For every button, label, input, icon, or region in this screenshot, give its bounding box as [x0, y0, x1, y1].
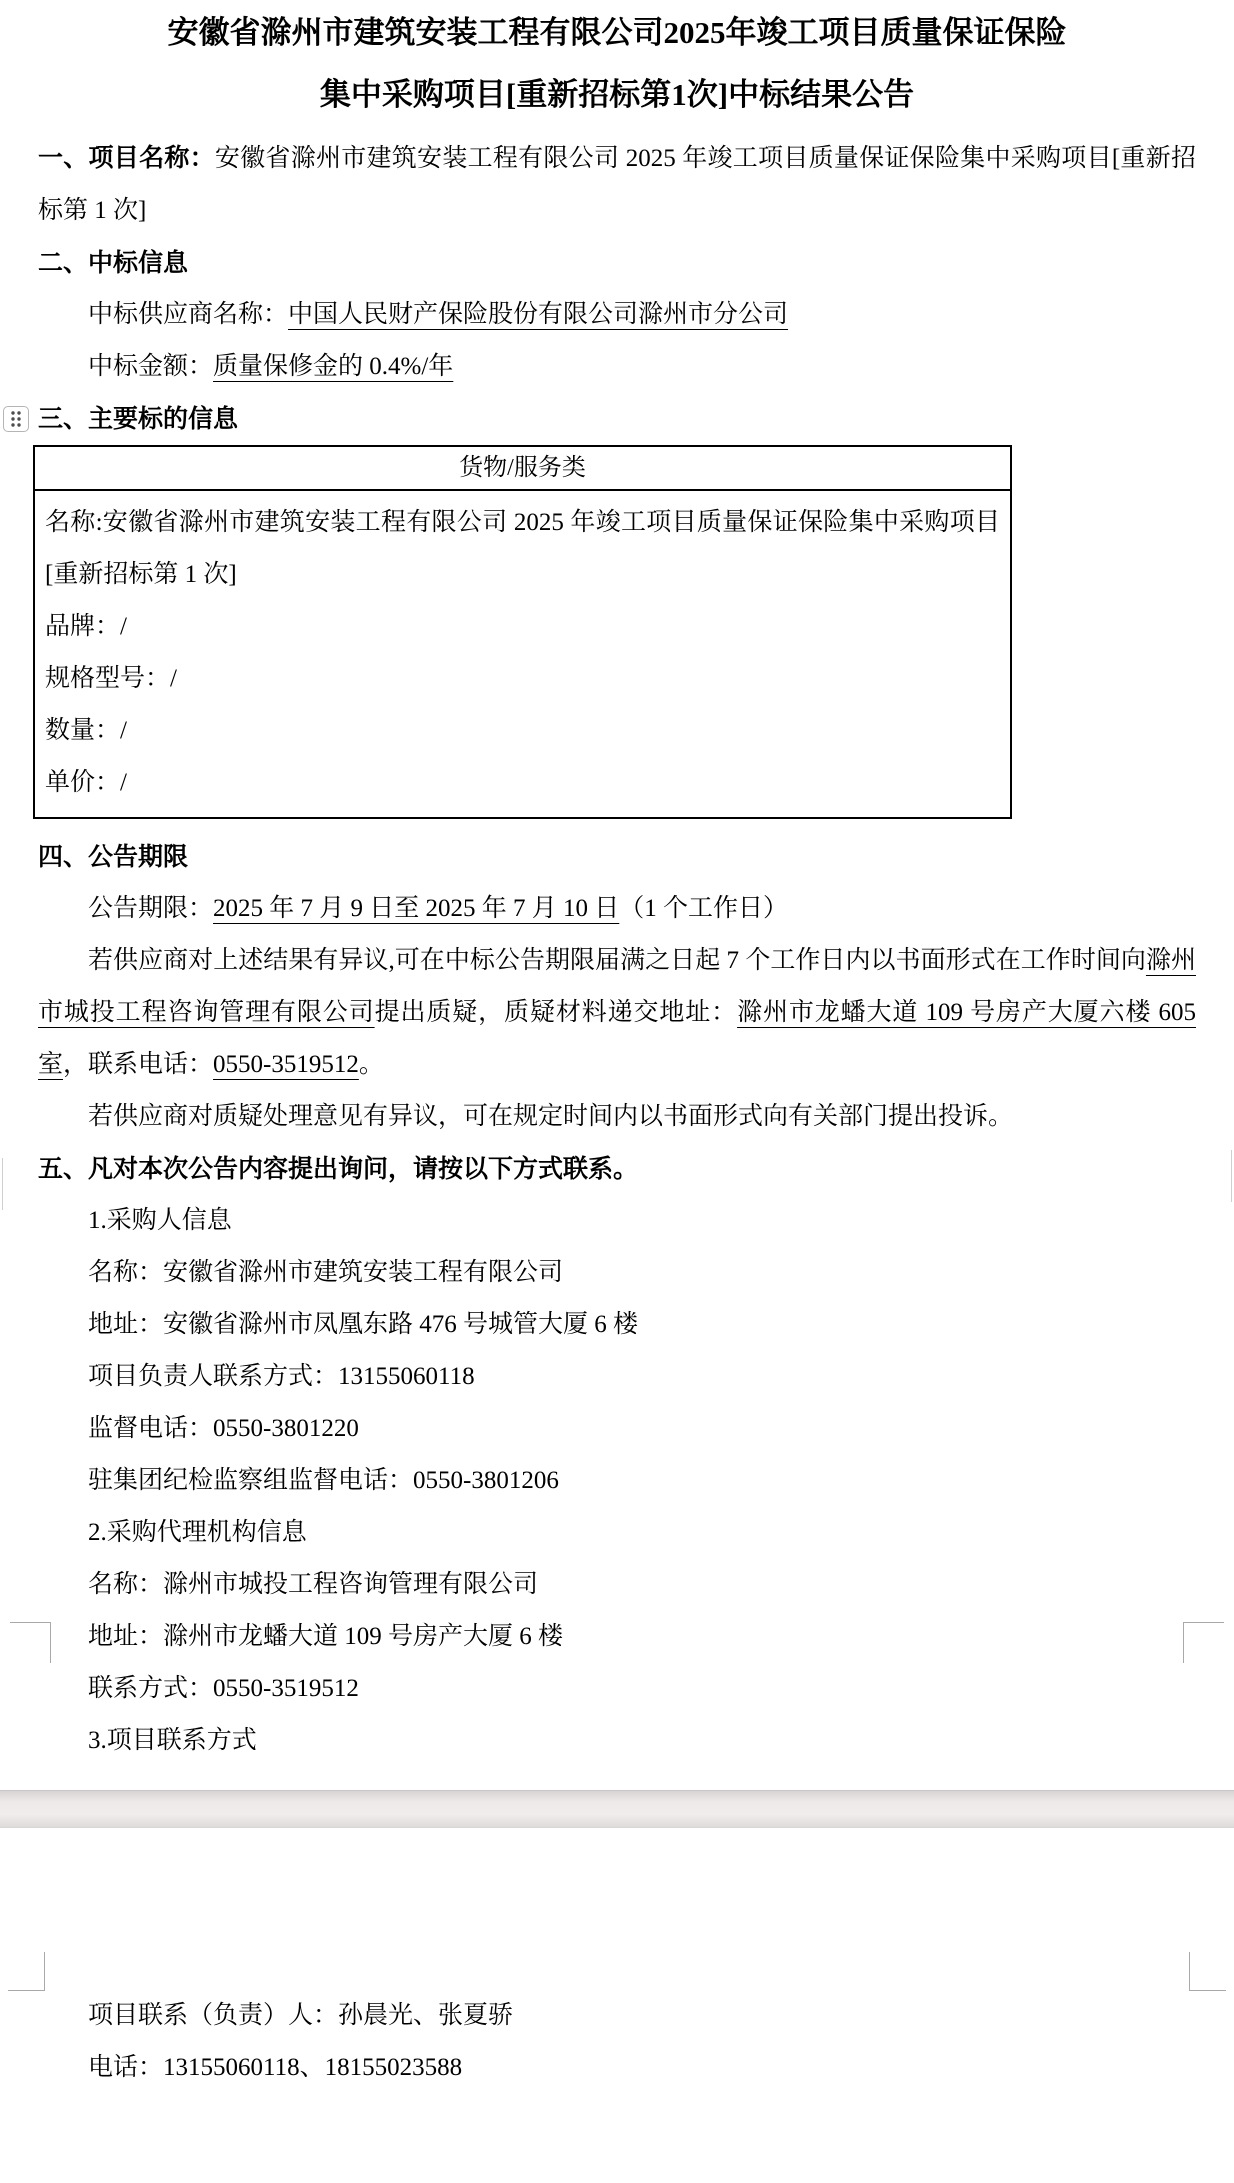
purchaser-manager-phone-line: 项目负责人联系方式：13155060118	[38, 1351, 1196, 1403]
winning-amount-line: 中标金额：质量保修金的 0.4%/年	[38, 341, 1196, 393]
objection-pre: 若供应商对上述结果有异议,可在中标公告期限届满之日起 7 个工作日内以书面形式在…	[88, 947, 1146, 974]
left-edge-margin-tick	[2, 1158, 3, 1210]
objection-end: 。	[359, 1051, 384, 1078]
page-title-line1: 安徽省滁州市建筑安装工程有限公司2025年竣工项目质量保证保险	[168, 15, 1067, 50]
section4-heading: 四、公告期限	[38, 831, 1196, 883]
objection-phone: 0550-3519512	[213, 1051, 359, 1078]
page1-bottom-right-margin-mark	[1183, 1622, 1224, 1663]
page2-top-right-margin-mark	[1189, 1952, 1226, 1991]
section2-heading: 二、中标信息	[38, 237, 1196, 289]
document-viewer: 安徽省滁州市建筑安装工程有限公司2025年竣工项目质量保证保险集中采购项目[重新…	[0, 0, 1234, 2183]
purchaser-discipline-phone-line: 驻集团纪检监察组监督电话：0550-3801206	[38, 1455, 1196, 1507]
winning-amount-value: 质量保修金的 0.4%/年	[213, 353, 453, 380]
drag-handle-dots	[8, 410, 24, 428]
winning-supplier-label: 中标供应商名称：	[88, 301, 288, 328]
document-page-2: 项目联系（负责）人：孙晨光、张夏骄 电话：13155060118、1815502…	[38, 1990, 1196, 2094]
purchaser-name-line: 名称：安徽省滁州市建筑安装工程有限公司	[38, 1247, 1196, 1299]
objection-mid1: 提出质疑，质疑材料递交地址：	[375, 999, 737, 1026]
page1-bottom-left-margin-mark	[10, 1622, 51, 1663]
objection-paragraph: 若供应商对上述结果有异议,可在中标公告期限届满之日起 7 个工作日内以书面形式在…	[38, 935, 1196, 1091]
purchaser-address-line: 地址：安徽省滁州市凤凰东路 476 号城管大厦 6 楼	[38, 1299, 1196, 1351]
table-row-name: 名称:安徽省滁州市建筑安装工程有限公司 2025 年竣工项目质量保证保险集中采购…	[45, 497, 1000, 601]
document-page-1: 安徽省滁州市建筑安装工程有限公司2025年竣工项目质量保证保险集中采购项目[重新…	[0, 0, 1234, 1767]
announcement-period-line: 公告期限：2025 年 7 月 9 日至 2025 年 7 月 10 日（1 个…	[38, 883, 1196, 935]
agent-phone-line: 联系方式：0550-3519512	[38, 1663, 1196, 1715]
winning-supplier-name: 中国人民财产保险股份有限公司滁州市分公司	[288, 301, 788, 328]
subject-info-table: 货物/服务类 名称:安徽省滁州市建筑安装工程有限公司 2025 年竣工项目质量保…	[33, 445, 1012, 819]
section3-heading: 三、主要标的信息	[38, 405, 238, 433]
table-header-cell: 货物/服务类	[34, 446, 1011, 490]
announcement-period-label: 公告期限：	[88, 895, 213, 922]
agent-info-heading: 2.采购代理机构信息	[38, 1507, 1196, 1559]
complaint-line: 若供应商对质疑处理意见有异议，可在规定时间内以书面形式向有关部门提出投诉。	[38, 1091, 1196, 1143]
agent-address-line: 地址：滁州市龙蟠大道 109 号房产大厦 6 楼	[38, 1611, 1196, 1663]
agent-name-line: 名称：滁州市城投工程咨询管理有限公司	[38, 1559, 1196, 1611]
right-edge-margin-tick	[1231, 1150, 1232, 1202]
section1-project-name: 一、项目名称：安徽省滁州市建筑安装工程有限公司 2025 年竣工项目质量保证保险…	[38, 132, 1196, 237]
winning-amount-label: 中标金额：	[88, 353, 213, 380]
page-separator	[0, 1790, 1234, 1828]
table-row-spec: 规格型号：/	[45, 653, 1000, 705]
announcement-period-value: 2025 年 7 月 9 日至 2025 年 7 月 10 日	[213, 895, 619, 922]
table-header-row: 货物/服务类	[34, 446, 1011, 490]
winning-supplier-line: 中标供应商名称：中国人民财产保险股份有限公司滁州市分公司	[38, 289, 1196, 341]
table-body-row: 名称:安徽省滁州市建筑安装工程有限公司 2025 年竣工项目质量保证保险集中采购…	[34, 490, 1011, 818]
drag-handle-icon[interactable]	[3, 406, 29, 432]
page-title: 安徽省滁州市建筑安装工程有限公司2025年竣工项目质量保证保险集中采购项目[重新…	[38, 2, 1196, 126]
section1-heading: 一、项目名称：	[38, 144, 215, 172]
table-body-cell: 名称:安徽省滁州市建筑安装工程有限公司 2025 年竣工项目质量保证保险集中采购…	[34, 490, 1011, 818]
section5-heading: 五、凡对本次公告内容提出询问，请按以下方式联系。	[38, 1143, 1196, 1195]
purchaser-info-heading: 1.采购人信息	[38, 1195, 1196, 1247]
table-row-unit-price: 单价：/	[45, 757, 1000, 809]
announcement-period-suffix: （1 个工作日）	[619, 895, 788, 922]
page2-top-left-margin-mark	[8, 1952, 45, 1991]
project-contact-person-line: 项目联系（负责）人：孙晨光、张夏骄	[38, 1990, 1196, 2042]
project-contact-phone-line: 电话：13155060118、18155023588	[38, 2042, 1196, 2094]
section3-heading-row: 三、主要标的信息	[38, 393, 1196, 445]
page-title-line2: 集中采购项目[重新招标第1次]中标结果公告	[320, 77, 914, 112]
table-row-quantity: 数量：/	[45, 705, 1000, 757]
table-row-brand: 品牌：/	[45, 601, 1000, 653]
project-contact-heading: 3.项目联系方式	[38, 1715, 1196, 1767]
objection-mid2: ，联系电话：	[63, 1051, 213, 1078]
purchaser-supervision-phone-line: 监督电话：0550-3801220	[38, 1403, 1196, 1455]
